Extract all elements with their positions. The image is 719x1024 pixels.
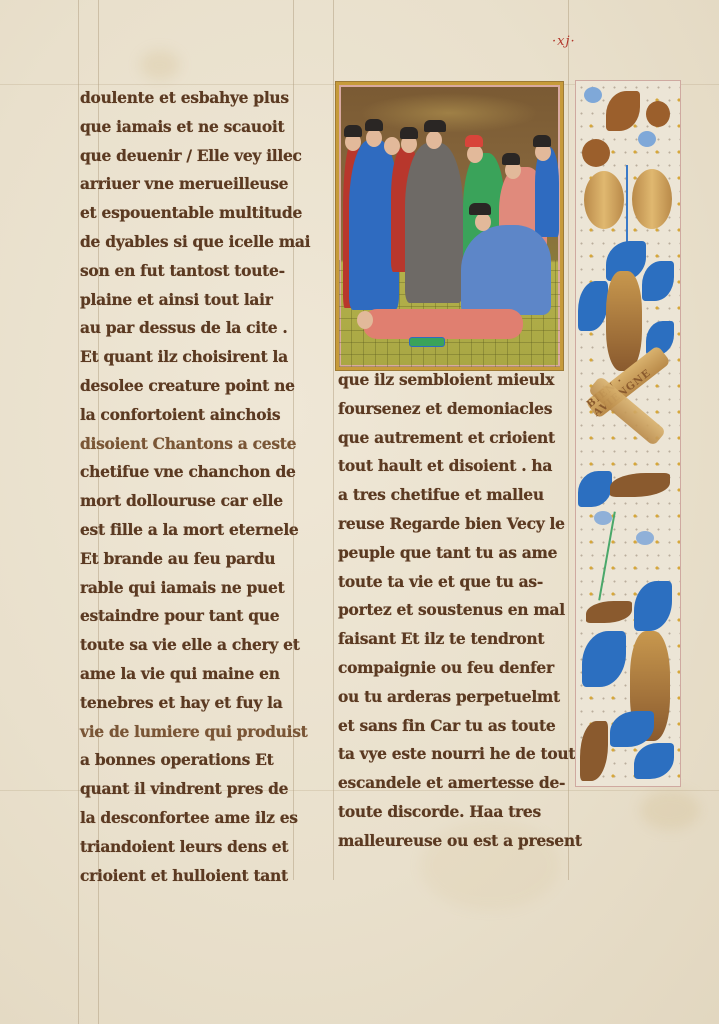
green-book bbox=[409, 337, 445, 347]
text-line: plaine et ainsi tout lair bbox=[80, 286, 302, 315]
hat bbox=[469, 203, 491, 215]
text-line: triandoient leurs dens et bbox=[80, 833, 302, 862]
thistle bbox=[582, 139, 610, 167]
hat bbox=[465, 135, 483, 147]
text-line: escandele et amertesse de- bbox=[338, 769, 566, 798]
thistle bbox=[646, 101, 670, 127]
text-line: et sans fin Car tu as toute bbox=[338, 712, 566, 741]
figure-grey-robe bbox=[405, 143, 463, 303]
text-line: tout hault et disoient . ha bbox=[338, 452, 566, 481]
stain bbox=[640, 790, 700, 830]
cornflower bbox=[584, 87, 602, 103]
head bbox=[366, 129, 382, 147]
text-line: mort dollouruse car elle bbox=[80, 487, 302, 516]
text-line: crioient et hulloient tant bbox=[80, 862, 302, 891]
text-line: au par dessus de la cite . bbox=[80, 314, 302, 343]
text-line: ta vye este nourri he de tout bbox=[338, 740, 566, 769]
text-line: toute discorde. Haa tres bbox=[338, 798, 566, 827]
text-line: a tres chetifue et malleu bbox=[338, 481, 566, 510]
text-line: la desconfortee ame ilz es bbox=[80, 804, 302, 833]
text-line: malleureuse ou est a present bbox=[338, 827, 566, 856]
text-line: faisant Et ilz te tendront bbox=[338, 625, 566, 654]
decorated-border: BIEN · AVIENGNE bbox=[575, 80, 681, 787]
text-line: doulente et esbahye plus bbox=[80, 84, 302, 113]
hat bbox=[424, 120, 446, 132]
head bbox=[426, 131, 442, 149]
text-line: que deuenir / Elle vey illec bbox=[80, 142, 302, 171]
cornflower bbox=[638, 131, 656, 147]
text-line: toute ta vie et que tu as- bbox=[338, 568, 566, 597]
folio-number: ·xj· bbox=[552, 34, 576, 49]
text-line: de dyables si que icelle mai bbox=[80, 228, 302, 257]
head bbox=[357, 311, 373, 329]
gold-initial bbox=[584, 171, 624, 229]
text-line: ou tu arderas perpetuelmt bbox=[338, 683, 566, 712]
text-line: quant il vindrent pres de bbox=[80, 775, 302, 804]
text-line: ame la vie qui maine en bbox=[80, 660, 302, 689]
gold-sky-pattern bbox=[359, 93, 539, 133]
brown-acanthus bbox=[606, 271, 642, 371]
ruling-line bbox=[78, 0, 79, 1024]
text-line: chetifue vne chanchon de bbox=[80, 458, 302, 487]
blue-cord bbox=[626, 165, 628, 245]
text-line: desolee creature point ne bbox=[80, 372, 302, 401]
stain bbox=[140, 50, 180, 80]
hat bbox=[502, 153, 520, 165]
head bbox=[467, 145, 483, 163]
text-line: disoient Chantons a ceste bbox=[80, 430, 302, 459]
text-line: toute sa vie elle a chery et bbox=[80, 631, 302, 660]
ruling-line bbox=[333, 0, 334, 880]
text-line: et espouentable multitude bbox=[80, 199, 302, 228]
cornflower bbox=[636, 531, 654, 545]
text-line: vie de lumiere qui produist bbox=[80, 718, 302, 747]
miniature-painting bbox=[336, 82, 563, 370]
left-text-column: doulente et esbahye plus que iamais et n… bbox=[80, 84, 302, 890]
hat bbox=[365, 119, 383, 131]
cornflower bbox=[594, 511, 612, 525]
text-line: son en fut tantost toute- bbox=[80, 257, 302, 286]
text-line: est fille a la mort eternele bbox=[80, 516, 302, 545]
text-line: tenebres et hay et fuy la bbox=[80, 689, 302, 718]
gold-initial bbox=[632, 169, 672, 229]
text-line: Et brande au feu pardu bbox=[80, 545, 302, 574]
hat bbox=[533, 135, 551, 147]
kneeling-woman bbox=[461, 225, 551, 315]
manuscript-page: ·xj· doulente et esbahye plus que iamais… bbox=[0, 0, 719, 1024]
hat bbox=[344, 125, 362, 137]
text-line: compaignie ou feu denfer bbox=[338, 654, 566, 683]
text-line: foursenez et demoniacles bbox=[338, 395, 566, 424]
text-line: reuse Regarde bien Vecy le bbox=[338, 510, 566, 539]
text-line: que ilz sembloient mieulx bbox=[338, 366, 566, 395]
hat bbox=[400, 127, 418, 139]
text-line: a bonnes operations Et bbox=[80, 746, 302, 775]
body-lying-on-floor bbox=[363, 309, 523, 339]
text-line: Et quant ilz choisirent la bbox=[80, 343, 302, 372]
text-line: peuple que tant tu as ame bbox=[338, 539, 566, 568]
head bbox=[475, 213, 491, 231]
text-line: estaindre pour tant que bbox=[80, 602, 302, 631]
text-line: arriuer vne merueilleuse bbox=[80, 170, 302, 199]
text-line: portez et soustenus en mal bbox=[338, 596, 566, 625]
right-text-column: que ilz sembloient mieulx foursenez et d… bbox=[338, 366, 566, 856]
text-line: rable qui iamais ne puet bbox=[80, 574, 302, 603]
text-line: que iamais et ne scauoit bbox=[80, 113, 302, 142]
head bbox=[384, 137, 400, 155]
figure-blue-robe bbox=[535, 147, 559, 237]
text-line: que autrement et crioient bbox=[338, 424, 566, 453]
text-line: la confortoient ainchois bbox=[80, 401, 302, 430]
